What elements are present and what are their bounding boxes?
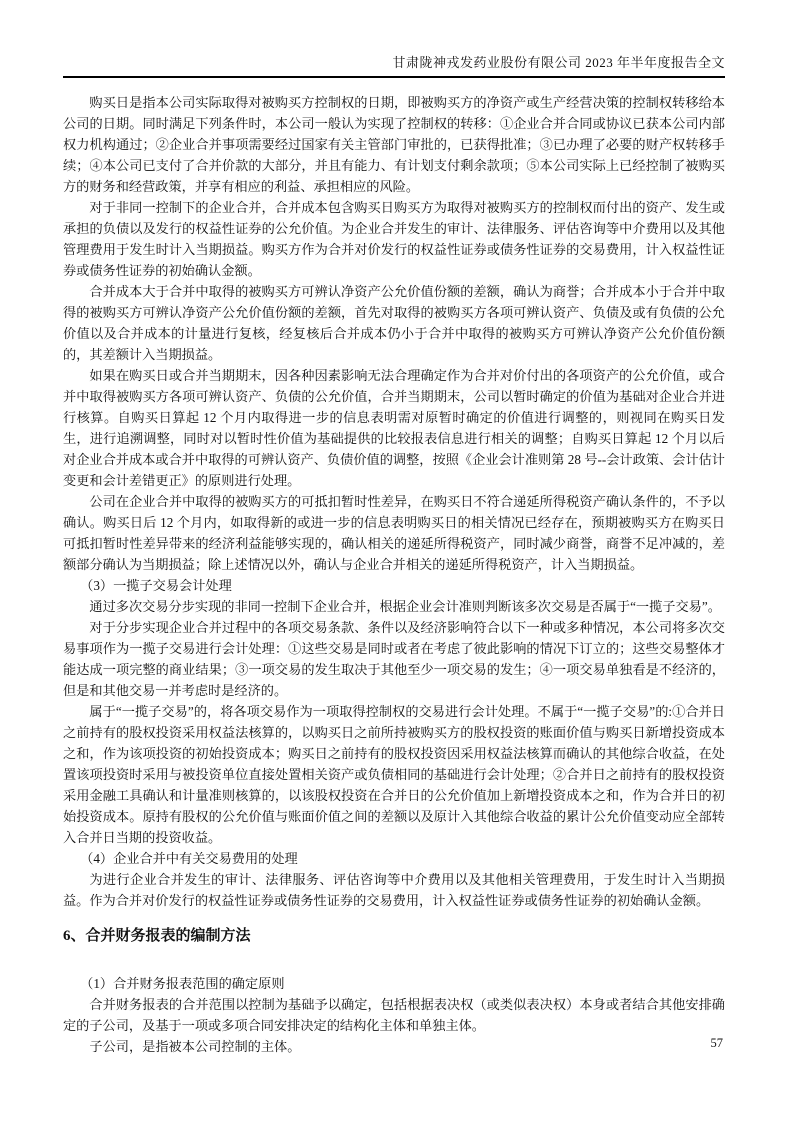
paragraph: 对于分步实现企业合并过程中的各项交易条款、条件以及经济影响符合以下一种或多种情况… [63, 617, 725, 701]
subheading: （3）一揽子交易会计处理 [63, 575, 725, 596]
section-heading: 6、合并财务报表的编制方法 [63, 926, 725, 947]
document-body: 购买日是指本公司实际取得对被购买方控制权的日期，即被购买方的净资产或生产经营决策… [63, 92, 725, 1057]
document-page: 甘肃陇神戎发药业股份有限公司 2023 年半年度报告全文 购买日是指本公司实际取… [0, 0, 793, 1122]
paragraph: 公司在企业合并中取得的被购买方的可抵扣暂时性差异，在购买日不符合递延所得税资产确… [63, 491, 725, 575]
subheading: （4）企业合并中有关交易费用的处理 [63, 848, 725, 869]
paragraph: 对于非同一控制下的企业合并，合并成本包含购买日购买方为取得对被购买方的控制权而付… [63, 197, 725, 281]
subheading: （1）合并财务报表范围的确定原则 [63, 973, 725, 994]
page-number: 57 [711, 1036, 724, 1051]
paragraph: 属于“一揽子交易”的，将各项交易作为一项取得控制权的交易进行会计处理。不属于“一… [63, 701, 725, 848]
paragraph: 购买日是指本公司实际取得对被购买方控制权的日期，即被购买方的净资产或生产经营决策… [63, 92, 725, 197]
paragraph: 为进行企业合并发生的审计、法律服务、评估咨询等中介费用以及其他相关管理费用，于发… [63, 869, 725, 911]
paragraph: 通过多次交易分步实现的非同一控制下企业合并，根据企业会计准则判断该多次交易是否属… [63, 596, 725, 617]
paragraph: 合并成本大于合并中取得的被购买方可辨认净资产公允价值份额的差额，确认为商誉；合并… [63, 281, 725, 365]
header-rule [63, 76, 725, 78]
page-header-title: 甘肃陇神戎发药业股份有限公司 2023 年半年度报告全文 [63, 52, 725, 71]
paragraph: 如果在购买日或合并当期期末，因各种因素影响无法合理确定作为合并对价付出的各项资产… [63, 365, 725, 491]
paragraph: 子公司，是指被本公司控制的主体。 [63, 1036, 725, 1057]
paragraph: 合并财务报表的合并范围以控制为基础予以确定，包括根据表决权（或类似表决权）本身或… [63, 994, 725, 1036]
